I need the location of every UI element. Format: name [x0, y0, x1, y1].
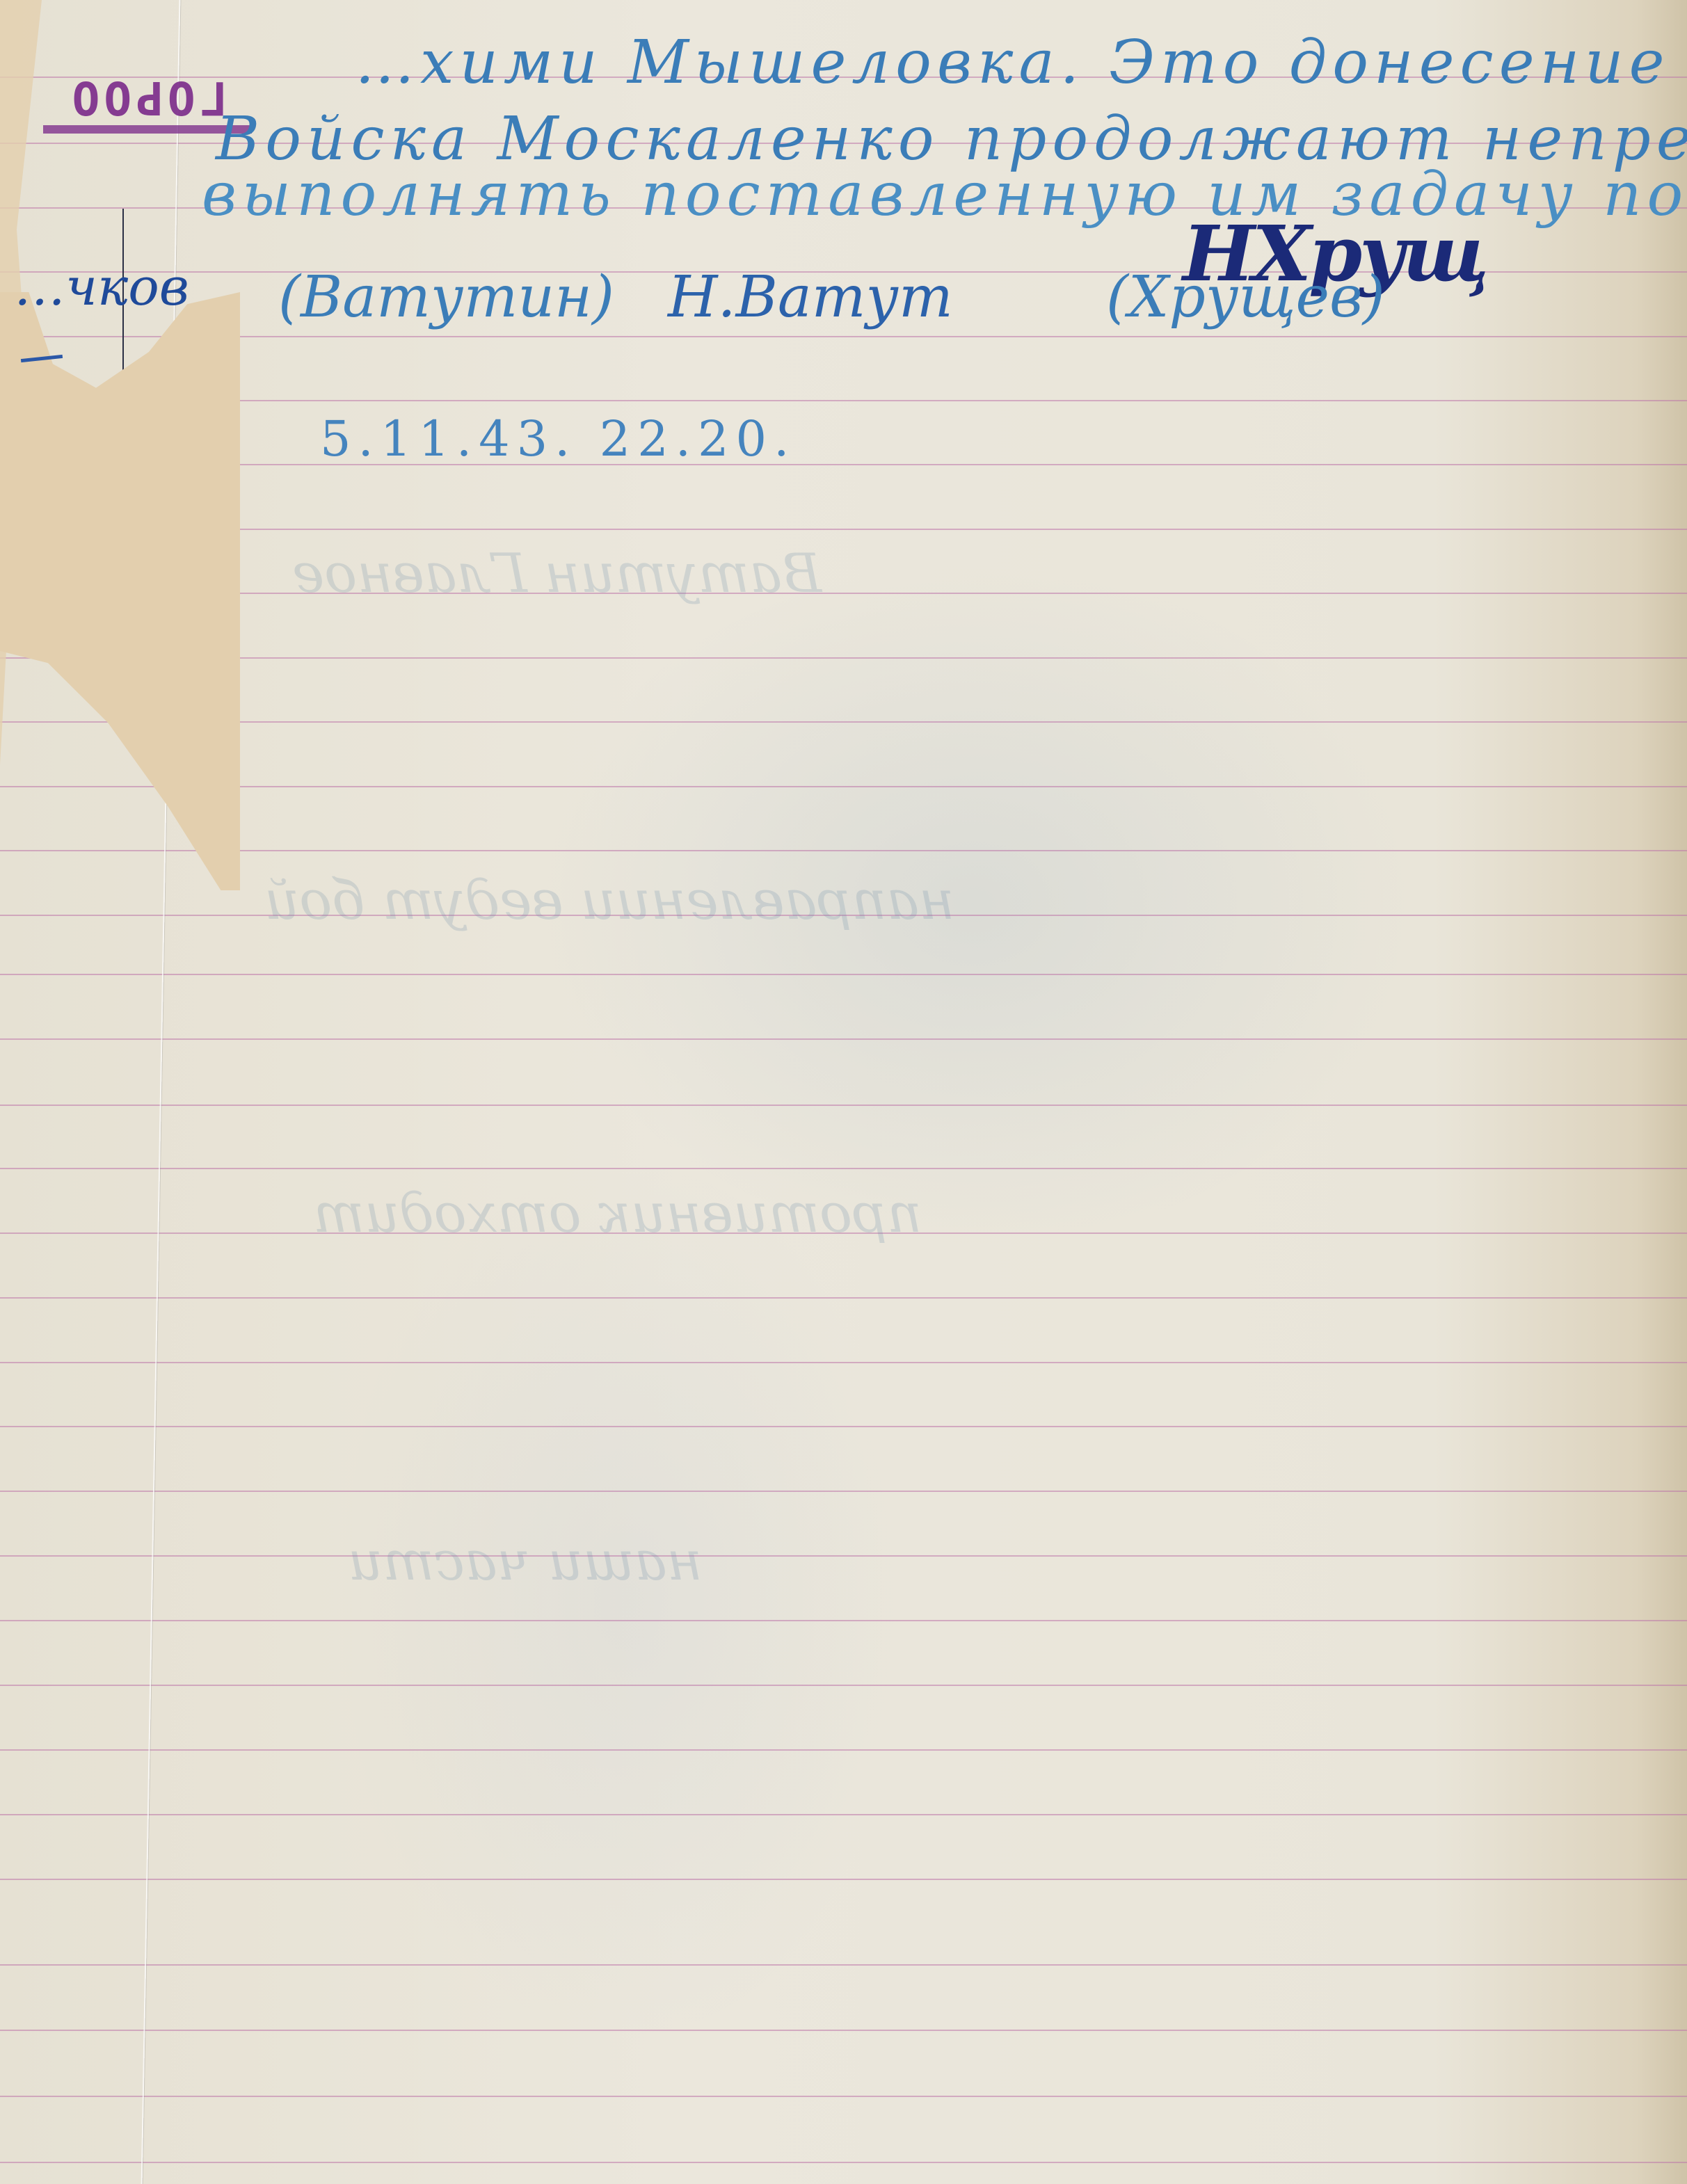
document-page: Ватутин Главное направлении ведут бой пр… [0, 0, 1687, 2184]
vatutin-name: (Ватутин) [278, 264, 614, 330]
khrushchev-name: (Хрущев) [1106, 264, 1385, 330]
vatutin-signature: Н.Ватут [668, 264, 953, 330]
bleed-through-text: направлении ведут бой [264, 869, 954, 932]
bleed-through-text: противник отходит [313, 1182, 922, 1245]
pasted-paper-scrap [0, 292, 240, 890]
body-line-1: …хими Мышеловка. Это донесение провезет. [355, 28, 1687, 97]
signature-left: …чков [14, 257, 189, 317]
bleed-through-text: Ватутин Главное [292, 543, 822, 605]
date-time: 5.11.43. 22.20. [320, 410, 796, 467]
bleed-through-text: наши части [348, 1530, 703, 1593]
